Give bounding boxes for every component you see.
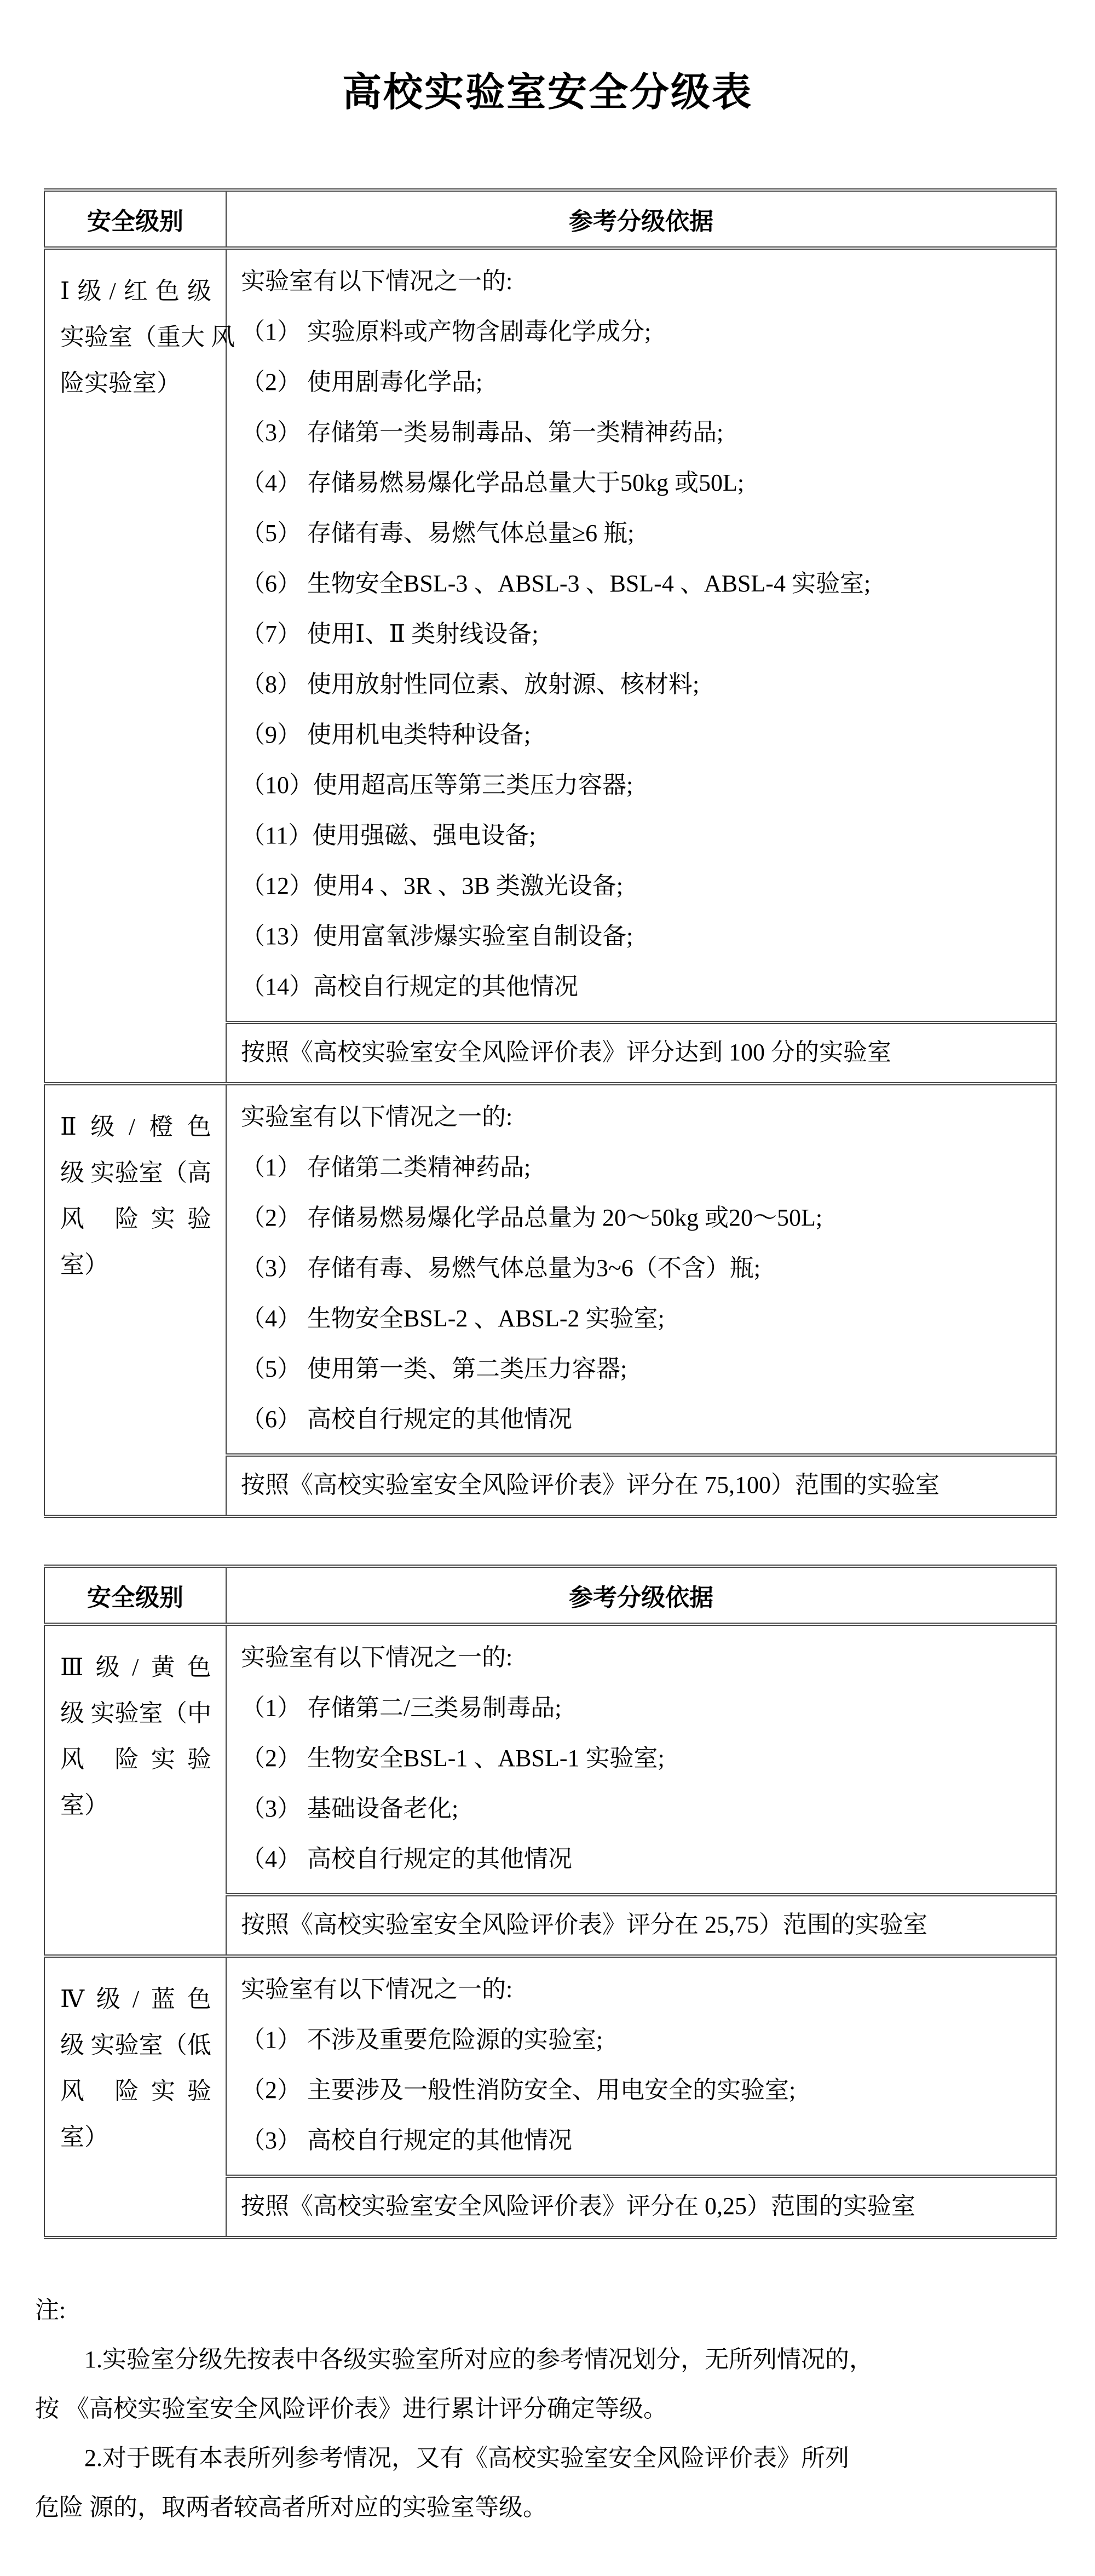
level-label-line: 级 实验室（低 <box>60 2022 211 2068</box>
level-label-line: Ⅰ级/红色级 <box>60 268 211 314</box>
level-label-line: 级 实验室（高 <box>60 1150 211 1196</box>
basis-cell-grade4: 实验室有以下情况之一的: （1） 不涉及重要危险源的实验室; （2） 主要涉及一… <box>226 1956 1056 2176</box>
situation-item: （1） 实验原料或产物含剧毒化学成分; <box>241 307 1045 357</box>
situation-item: （2） 生物安全BSL-1 、ABSL-1 实验室; <box>241 1733 1045 1784</box>
note-line: 按 《高校实验室安全风险评价表》进行累计评分确定等级。 <box>35 2384 1062 2434</box>
notes-label: 注: <box>35 2286 1062 2335</box>
level-label-line: 风 险实验 <box>60 1737 211 1783</box>
table2-level-header: 安全级别 <box>44 1566 226 1624</box>
level-label-line: 室） <box>60 1783 211 1829</box>
situation-item: （3） 基础设备老化; <box>241 1784 1045 1834</box>
table-row: Ⅰ级/红色级 实验室（重大 风 险实验室） 实验室有以下情况之一的: （1） 实… <box>44 248 1056 1022</box>
situation-item: （11）使用强磁、强电设备; <box>241 810 1045 861</box>
basis-cell-grade1: 实验室有以下情况之一的: （1） 实验原料或产物含剧毒化学成分; （2） 使用剧… <box>226 248 1056 1022</box>
situation-item: （1） 不涉及重要危险源的实验室; <box>241 2015 1045 2065</box>
situation-item: （6） 高校自行规定的其他情况 <box>241 1394 1045 1445</box>
basis-cell-grade3: 实验室有以下情况之一的: （1） 存储第二/三类易制毒品; （2） 生物安全BS… <box>226 1624 1056 1895</box>
note-line: 1.实验室分级先按表中各级实验室所对应的参考情况划分，无所列情况的， <box>35 2335 1062 2384</box>
situation-item: （14）高校自行规定的其他情况 <box>241 962 1045 1012</box>
situation-item: （5） 使用第一类、第二类压力容器; <box>241 1344 1045 1394</box>
situation-item: （4） 生物安全BSL-2 、ABSL-2 实验室; <box>241 1293 1045 1344</box>
situations-intro: 实验室有以下情况之一的: <box>241 256 1045 307</box>
situation-item: （2） 存储易燃易爆化学品总量为 20～50kg 或20～50L; <box>241 1193 1045 1243</box>
level-label-line: 室） <box>60 2114 211 2160</box>
note-line: 2.对于既有本表所列参考情况，又有《高校实验室安全风险评价表》所列 <box>35 2434 1062 2483</box>
score-rule-grade2: 按照《高校实验室安全风险评价表》评分在 75,100）范围的实验室 <box>226 1455 1056 1516</box>
basis-cell-grade2: 实验室有以下情况之一的: （1） 存储第二类精神药品; （2） 存储易燃易爆化学… <box>226 1084 1056 1455</box>
situation-item: （4） 高校自行规定的其他情况 <box>241 1834 1045 1884</box>
table-row: Ⅳ级/蓝色 级 实验室（低 风 险实验 室） 实验室有以下情况之一的: （1） … <box>44 1956 1056 2176</box>
situation-item: （12）使用4 、3R 、3B 类激光设备; <box>241 861 1045 911</box>
situation-item: （7） 使用Ⅰ、Ⅱ 类射线设备; <box>241 609 1045 659</box>
table2-basis-header: 参考分级依据 <box>226 1566 1056 1624</box>
situation-item: （3） 存储第一类易制毒品、第一类精神药品; <box>241 407 1045 458</box>
situation-item: （3） 存储有毒、易燃气体总量为3~6（不含）瓶; <box>241 1243 1045 1293</box>
level-label-line: 室） <box>60 1242 211 1288</box>
level-label-line: 险实验室） <box>60 360 211 406</box>
level-label-line: Ⅱ级/橙色 <box>60 1104 211 1150</box>
situation-item: （13）使用富氧涉爆实验室自制设备; <box>241 911 1045 962</box>
situation-item: （2） 主要涉及一般性消防安全、用电安全的实验室; <box>241 2065 1045 2115</box>
situation-item: （1） 存储第二/三类易制毒品; <box>241 1683 1045 1733</box>
situation-item: （3） 高校自行规定的其他情况 <box>241 2115 1045 2166</box>
situation-item: （4） 存储易燃易爆化学品总量大于50kg 或50L; <box>241 458 1045 508</box>
table-row: Ⅱ级/橙色 级 实验室（高 风 险实验 室） 实验室有以下情况之一的: （1） … <box>44 1084 1056 1455</box>
situation-item: （9） 使用机电类特种设备; <box>241 710 1045 760</box>
situation-item: （2） 使用剧毒化学品; <box>241 357 1045 407</box>
score-rule-grade1: 按照《高校实验室安全风险评价表》评分达到 100 分的实验室 <box>226 1022 1056 1084</box>
score-rule-grade3: 按照《高校实验室安全风险评价表》评分在 25,75）范围的实验室 <box>226 1895 1056 1956</box>
level-label-line: Ⅳ级/蓝色 <box>60 1976 211 2022</box>
level-cell-grade1: Ⅰ级/红色级 实验室（重大 风 险实验室） <box>44 248 226 1084</box>
classification-table-2: 安全级别 参考分级依据 Ⅲ级/黄色 级 实验室（中 风 险实验 室） 实验室有以… <box>44 1565 1057 2239</box>
level-cell-grade3: Ⅲ级/黄色 级 实验室（中 风 险实验 室） <box>44 1624 226 1956</box>
table2-header-row: 安全级别 参考分级依据 <box>44 1566 1056 1624</box>
page-title: 高校实验室安全分级表 <box>33 60 1062 117</box>
situation-item: （6） 生物安全BSL-3 、ABSL-3 、BSL-4 、ABSL-4 实验室… <box>241 559 1045 609</box>
situations-intro: 实验室有以下情况之一的: <box>241 1092 1045 1142</box>
situations-intro: 实验室有以下情况之一的: <box>241 1632 1045 1683</box>
level-label-line: 风 险实验 <box>60 2068 211 2114</box>
situation-item: （1） 存储第二类精神药品; <box>241 1142 1045 1193</box>
score-rule-grade4: 按照《高校实验室安全风险评价表》评分在 0,25）范围的实验室 <box>226 2176 1056 2238</box>
level-cell-grade4: Ⅳ级/蓝色 级 实验室（低 风 险实验 室） <box>44 1956 226 2238</box>
situation-item: （5） 存储有毒、易燃气体总量≥6 瓶; <box>241 508 1045 559</box>
classification-table-1: 安全级别 参考分级依据 Ⅰ级/红色级 实验室（重大 风 险实验室） 实验室有以下… <box>44 188 1057 1518</box>
table1-basis-header: 参考分级依据 <box>226 190 1056 248</box>
situation-item: （8） 使用放射性同位素、放射源、核材料; <box>241 659 1045 710</box>
situations-intro: 实验室有以下情况之一的: <box>241 1964 1045 2015</box>
situation-item: （10）使用超高压等第三类压力容器; <box>241 760 1045 810</box>
document-page: 高校实验室安全分级表 安全级别 参考分级依据 Ⅰ级/红色级 实验室（重大 风 险… <box>0 0 1095 2576</box>
level-label-line: Ⅲ级/黄色 <box>60 1645 211 1691</box>
level-label-line: 风 险实验 <box>60 1196 211 1242</box>
table1-header-row: 安全级别 参考分级依据 <box>44 190 1056 248</box>
footnotes: 注: 1.实验室分级先按表中各级实验室所对应的参考情况划分，无所列情况的， 按 … <box>35 2286 1062 2532</box>
table-row: Ⅲ级/黄色 级 实验室（中 风 险实验 室） 实验室有以下情况之一的: （1） … <box>44 1624 1056 1895</box>
table1-level-header: 安全级别 <box>44 190 226 248</box>
level-label-line: 级 实验室（中 <box>60 1691 211 1737</box>
level-cell-grade2: Ⅱ级/橙色 级 实验室（高 风 险实验 室） <box>44 1084 226 1516</box>
note-line: 危险 源的，取两者较高者所对应的实验室等级。 <box>35 2483 1062 2532</box>
level-label-line: 实验室（重大 风 <box>60 314 211 360</box>
